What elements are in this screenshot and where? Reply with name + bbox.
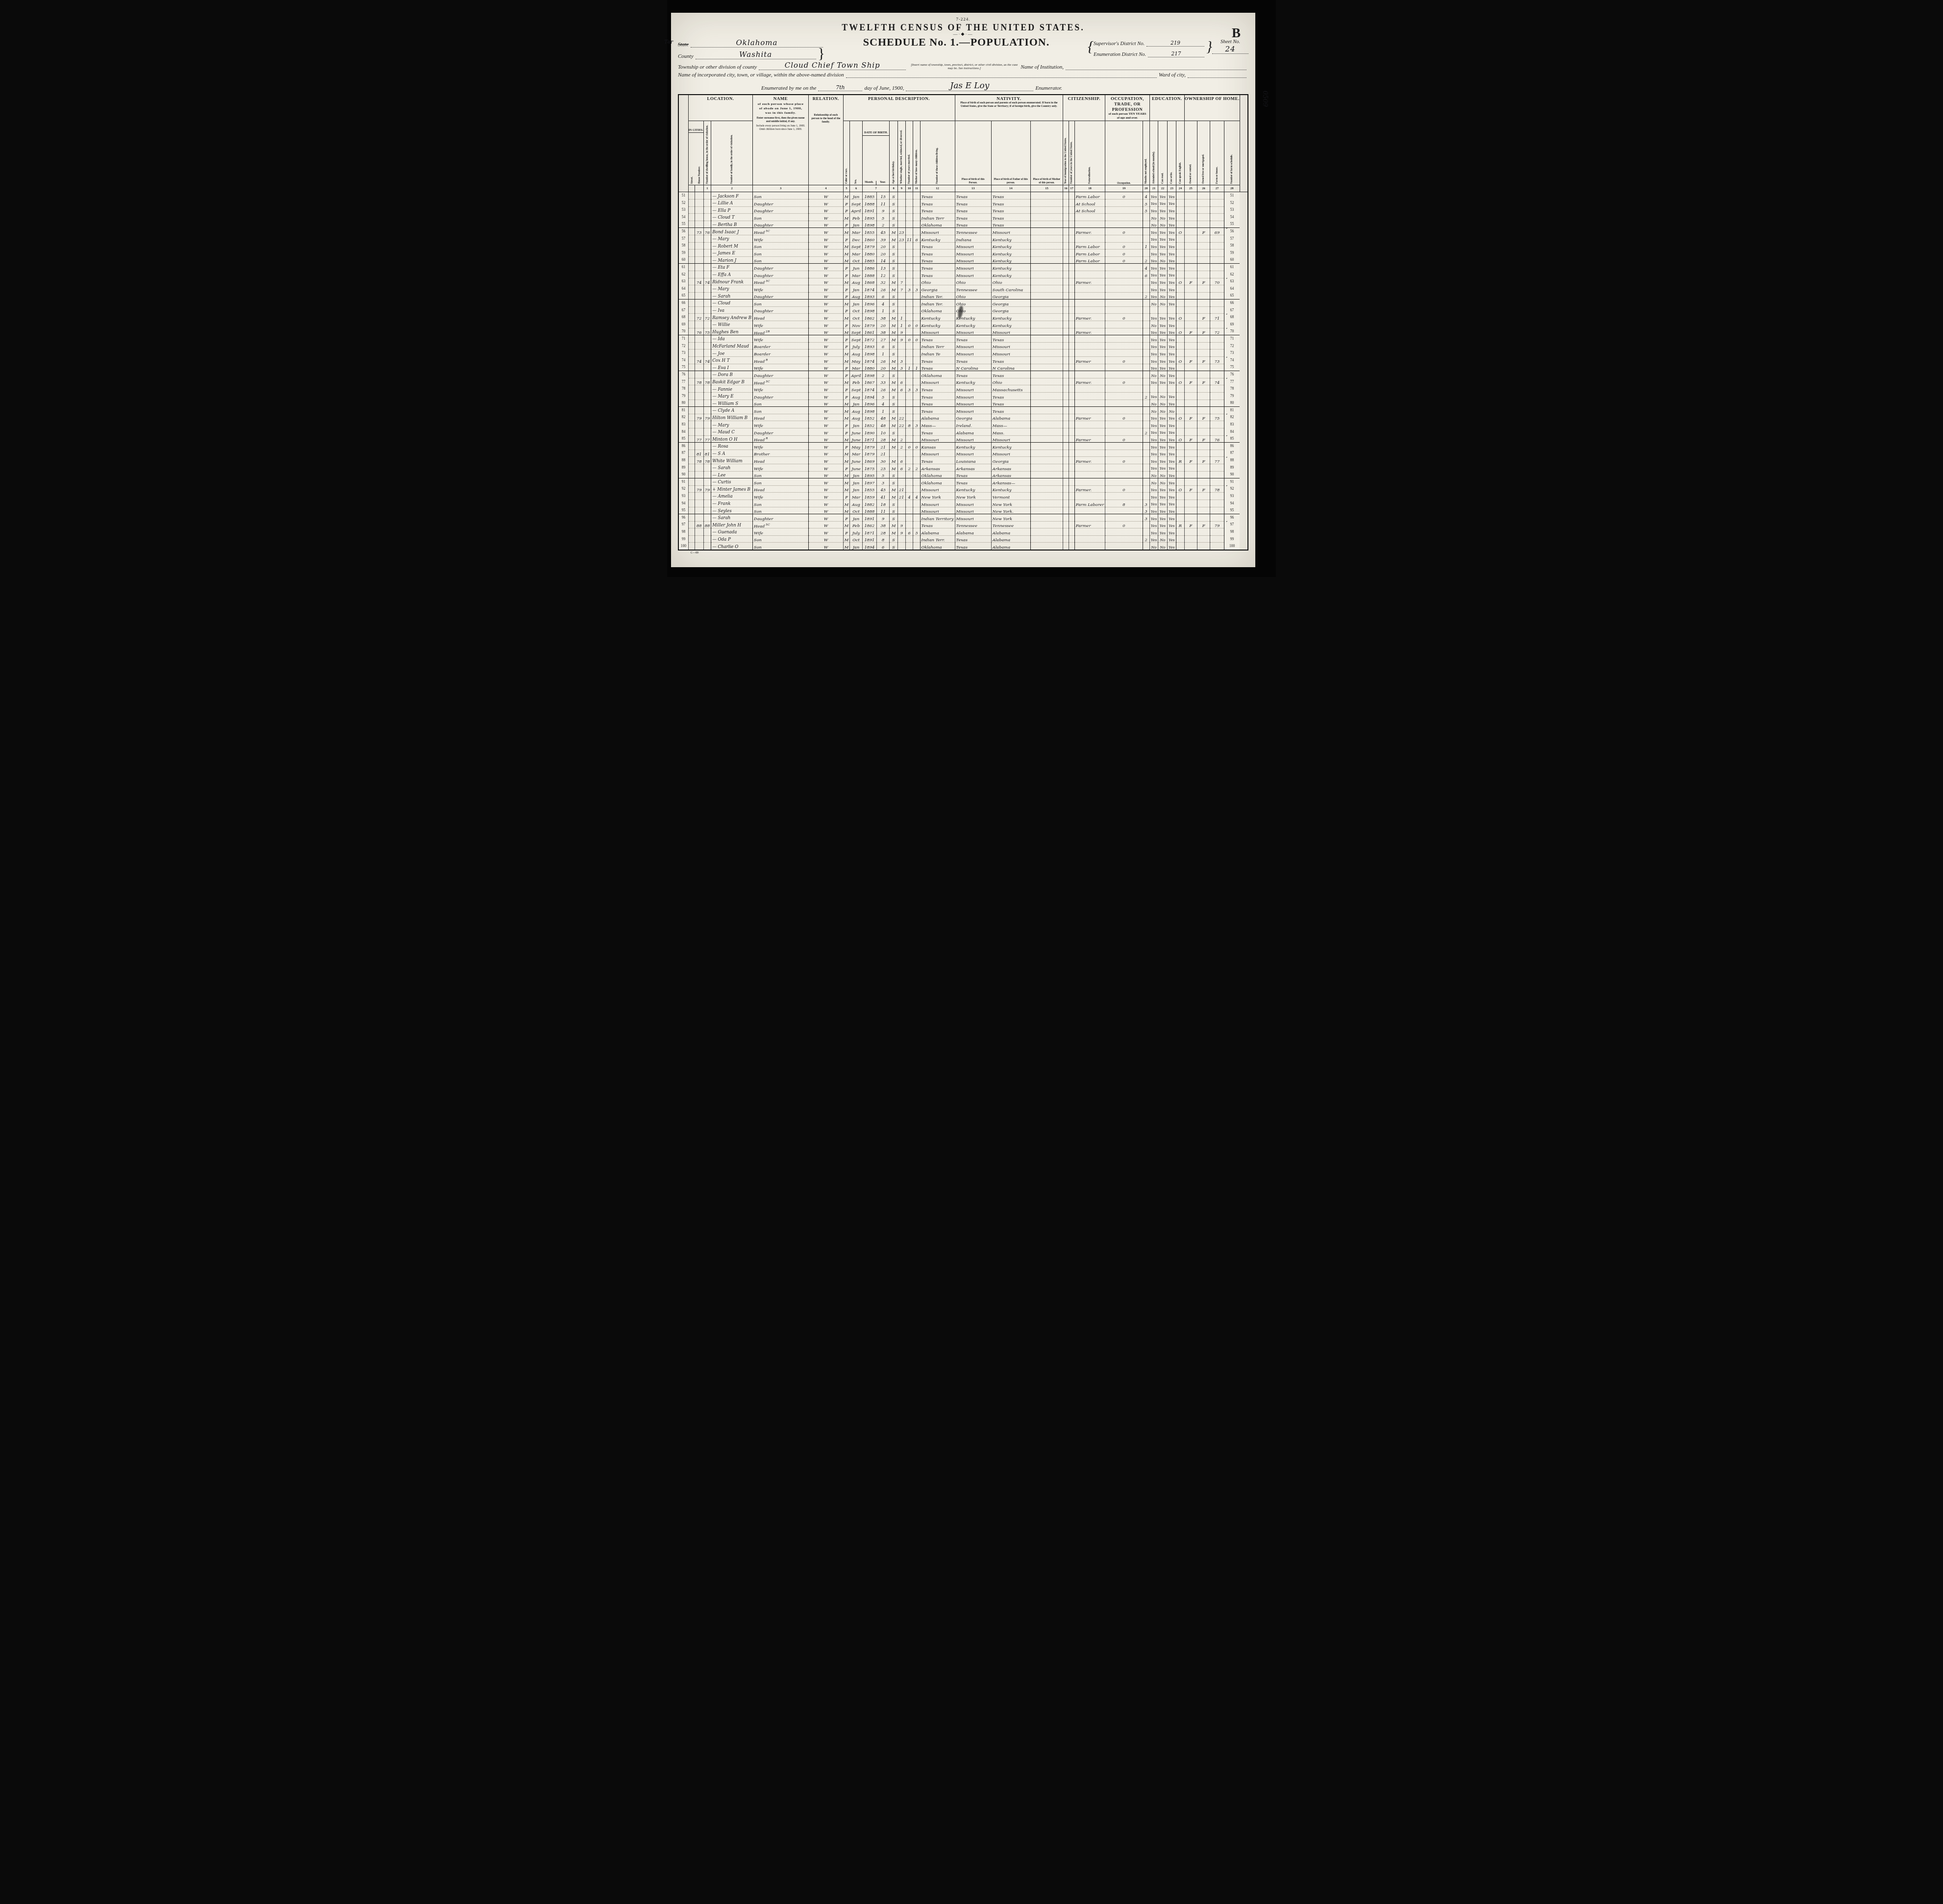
column-number: 15 — [1030, 185, 1063, 192]
cell-age: 38 — [876, 521, 889, 528]
cell-attended-school — [1143, 400, 1149, 407]
line-number-left: 93 — [678, 493, 688, 500]
cell-farm-house — [1197, 342, 1210, 350]
cell-months-not-employed — [1105, 471, 1143, 478]
cell-farm-house — [1197, 478, 1210, 486]
cell-months-not-employed: 8 — [1105, 500, 1143, 507]
cell-owned-rented — [1176, 199, 1185, 206]
cell-dwelling-number: 78 — [695, 457, 703, 464]
cell-months-not-employed — [1105, 400, 1143, 407]
cell-years-married — [897, 256, 905, 264]
cell-free-mortgaged — [1184, 471, 1197, 478]
line-number-left: 76 — [678, 371, 688, 378]
cell-dwelling-number: 79 — [695, 414, 703, 421]
cell-relation: Wife — [753, 443, 809, 450]
cell-can-read: Yes — [1149, 457, 1158, 464]
cell-years-married: 22 — [897, 421, 905, 428]
cell-naturalization — [1069, 221, 1075, 228]
cell-dwelling-number — [695, 400, 703, 407]
cell-occupation — [1074, 464, 1105, 471]
cell-pob-person: Texas — [920, 428, 955, 435]
cell-pob-person: Texas — [920, 400, 955, 407]
cell-family-number — [703, 528, 711, 536]
cell-dwelling-number — [695, 250, 703, 257]
cell-family-number: 88 — [703, 521, 711, 528]
cell-occupation: Farmer. — [1074, 228, 1105, 235]
cell-years-married — [897, 242, 905, 250]
cell-marital-status: S — [890, 407, 897, 414]
cell-occupation — [1074, 407, 1105, 414]
cell-can-read: Yes — [1149, 500, 1158, 507]
cell-pob-person: Georgia — [920, 285, 955, 293]
cell-pob-person: Indian Terr — [920, 214, 955, 221]
family-tally-mark — [1226, 228, 1232, 229]
cell-birth-month: June — [850, 457, 862, 464]
cell-can-write: No — [1158, 471, 1167, 478]
column-numbers-row: 1234567891011121314151617181920212223242… — [678, 185, 1248, 192]
cell-pob-person: New York — [920, 493, 955, 500]
cell-farm-schedule — [1210, 264, 1224, 271]
col-can-write: Can write. — [1167, 121, 1176, 185]
cell-naturalization — [1069, 493, 1075, 500]
cell-years-married: 23 — [897, 235, 905, 242]
cell-family-number: 78 — [703, 457, 711, 464]
cell-years-in-us — [1063, 407, 1069, 414]
cell-pob-mother: Texas — [991, 221, 1030, 228]
cell-years-married — [897, 535, 905, 543]
cell-birth-month: Aug — [850, 414, 862, 421]
cell-color-race: W — [809, 364, 843, 371]
cell-marital-status: S — [890, 199, 897, 206]
cell-relation: Son — [753, 543, 809, 550]
cell-naturalization — [1069, 485, 1075, 493]
cell-attended-school: 5 — [1143, 199, 1149, 206]
line-number-right: 52 — [1224, 199, 1240, 206]
cell-children-living — [913, 228, 920, 235]
cell-children-living: 0 — [913, 321, 920, 328]
cell-farm-house — [1197, 335, 1210, 343]
cell-farm-schedule — [1210, 493, 1224, 500]
cell-speaks-english: Yes — [1167, 507, 1176, 514]
cell-birth-month: Jan — [850, 285, 862, 293]
cell-can-write: No — [1158, 256, 1167, 264]
cell-relation: Daughter — [753, 292, 809, 300]
table-row: 637474Ridnour FrankHead 3CWMAug186832M7O… — [678, 278, 1248, 285]
table-row: 61— Eta FDaughterWFJun188613STexasMissou… — [678, 264, 1248, 271]
col-immigration-year: Year of immigration to the United States… — [1063, 121, 1069, 185]
cell-street — [688, 371, 695, 378]
cell-birth-year: 1871 — [862, 528, 876, 536]
cell-immigration-year — [1030, 385, 1063, 393]
cell-marital-status: M — [890, 435, 897, 443]
cell-birth-year: 1868 — [862, 278, 876, 285]
cell-attended-school — [1143, 414, 1149, 421]
cell-can-write: No — [1158, 393, 1167, 400]
table-row: 878181— S ABrotherWMMar187921MissouriMis… — [678, 450, 1248, 457]
cell-months-not-employed — [1105, 371, 1143, 378]
line-number-right: 76 — [1224, 371, 1240, 378]
cell-farm-schedule — [1210, 443, 1224, 450]
cell-pob-person: Missouri — [920, 378, 955, 385]
cell-birth-month: Jan — [850, 543, 862, 550]
cell-dwelling-number — [695, 214, 703, 221]
line-number-left: 68 — [678, 314, 688, 321]
cell-dwelling-number: 77 — [695, 435, 703, 443]
cell-street — [688, 471, 695, 478]
cell-can-read: No — [1149, 214, 1158, 221]
district-block: { Supervisor's District No. 219 Enumerat… — [1088, 36, 1248, 57]
cell-free-mortgaged: F — [1184, 521, 1197, 528]
cell-free-mortgaged — [1184, 306, 1197, 314]
cell-owned-rented — [1176, 271, 1185, 278]
cell-farm-schedule — [1210, 199, 1224, 206]
cell-color-race: W — [809, 342, 843, 350]
cell-farm-house: F — [1197, 485, 1210, 493]
cell-naturalization — [1069, 321, 1075, 328]
cell-speaks-english: Yes — [1167, 378, 1176, 385]
cell-marital-status: S — [890, 256, 897, 264]
table-row: 86— RosaWifeWFMay187921M200KansasKentuck… — [678, 443, 1248, 450]
line-number-left: 95 — [678, 507, 688, 514]
cell-dwelling-number — [695, 221, 703, 228]
cell-farm-schedule: 74 — [1210, 378, 1224, 385]
cell-pob-father: Texas — [955, 335, 991, 343]
col-sex: Sex. — [850, 121, 862, 185]
cell-can-write: No — [1158, 221, 1167, 228]
cell-speaks-english: Yes — [1167, 393, 1176, 400]
city-label: Name of incorporated city, town, or vill… — [678, 72, 844, 78]
cell-pob-father: Missouri — [955, 328, 991, 335]
cell-years-married — [897, 428, 905, 435]
cell-color-race: W — [809, 357, 843, 364]
ornament-rule: —·◆·— — [678, 33, 1248, 35]
cell-can-read: Yes — [1149, 342, 1158, 350]
cell-street — [688, 264, 695, 271]
cell-years-married: 9 — [897, 328, 905, 335]
cell-sex: F — [843, 371, 850, 378]
cell-birth-year: 1888 — [862, 271, 876, 278]
cell-attended-school — [1143, 228, 1149, 235]
cell-pob-mother: Kentucky — [991, 235, 1030, 242]
cell-name: — Iva — [711, 306, 753, 314]
cell-attended-school — [1143, 214, 1149, 221]
table-row: 52— Lillie ADaughterWFSept188811STexasTe… — [678, 199, 1248, 206]
line-number-left: 70 — [678, 328, 688, 335]
cell-family-number — [703, 371, 711, 378]
cell-months-not-employed — [1105, 478, 1143, 486]
cell-free-mortgaged — [1184, 199, 1197, 206]
cell-farm-schedule — [1210, 285, 1224, 293]
cell-birth-year: 1891 — [862, 514, 876, 522]
cell-dwelling-number — [695, 256, 703, 264]
cell-age: 32 — [876, 278, 889, 285]
cell-can-read: Yes — [1149, 292, 1158, 300]
cell-color-race: W — [809, 485, 843, 493]
cell-farm-house — [1197, 199, 1210, 206]
cell-farm-house — [1197, 371, 1210, 378]
scan-background: 7-224. TWELFTH CENSUS OF THE UNITED STAT… — [667, 0, 1276, 577]
cell-color-race: W — [809, 256, 843, 264]
cell-years-married: 6 — [897, 457, 905, 464]
cell-can-read: Yes — [1149, 278, 1158, 285]
cell-street — [688, 300, 695, 307]
cell-can-read: No — [1149, 543, 1158, 550]
cell-pob-person: Texas — [920, 364, 955, 371]
cell-name: — Rosa — [711, 443, 753, 450]
cell-occupation — [1074, 421, 1105, 428]
cell-attended-school: 4 — [1143, 192, 1149, 200]
cell-years-married — [897, 471, 905, 478]
cell-months-not-employed — [1105, 235, 1143, 242]
column-number — [688, 185, 695, 192]
cell-can-read: No — [1149, 371, 1158, 378]
cell-farm-schedule — [1210, 528, 1224, 536]
cell-children-living — [913, 214, 920, 221]
cell-birth-year: 1896 — [862, 400, 876, 407]
cell-can-read — [1149, 385, 1158, 393]
column-number: 7 — [862, 185, 890, 192]
cell-mother-of: 3 — [905, 285, 913, 293]
cell-relation: Head B — [753, 357, 809, 364]
line-number-left: 78 — [678, 385, 688, 393]
cell-name: Minton O H — [711, 435, 753, 443]
cell-months-not-employed — [1105, 221, 1143, 228]
cell-name: — Dora B — [711, 371, 753, 378]
cell-speaks-english: Yes — [1167, 292, 1176, 300]
cell-years-married — [897, 300, 905, 307]
cell-relation: Son — [753, 400, 809, 407]
group-education: EDUCATION. — [1149, 95, 1184, 121]
cell-marital-status: M — [890, 421, 897, 428]
cell-owned-rented: O — [1176, 357, 1185, 364]
cell-naturalization — [1069, 228, 1075, 235]
cell-pob-mother: Georgia — [991, 292, 1030, 300]
cell-color-race: W — [809, 199, 843, 206]
cell-birth-month: Sept — [850, 328, 862, 335]
cell-mother-of: 0 — [905, 335, 913, 343]
cell-attended-school — [1143, 457, 1149, 464]
enumerated-mid: day of June, 1900, — [864, 85, 904, 91]
family-tally-mark — [1226, 485, 1232, 486]
cell-immigration-year — [1030, 393, 1063, 400]
cell-immigration-year — [1030, 478, 1063, 486]
cell-naturalization — [1069, 242, 1075, 250]
cell-years-in-us — [1063, 521, 1069, 528]
cell-can-read: Yes — [1149, 428, 1158, 435]
cell-pob-father: Missouri — [955, 350, 991, 357]
cell-children-living — [913, 507, 920, 514]
cell-family-number — [703, 206, 711, 214]
cell-pob-mother: Kentucky — [991, 250, 1030, 257]
cell-age: 20 — [876, 364, 889, 371]
cell-occupation: Farm Laborer — [1074, 500, 1105, 507]
cell-pob-mother: Kentucky — [991, 314, 1030, 321]
cell-speaks-english: Yes — [1167, 543, 1176, 550]
cell-years-married — [897, 500, 905, 507]
cell-birth-year: 1874 — [862, 357, 876, 364]
cell-free-mortgaged — [1184, 242, 1197, 250]
cell-months-not-employed — [1105, 271, 1143, 278]
line-number-right: 55 — [1224, 221, 1240, 228]
cell-birth-year: 1893 — [862, 342, 876, 350]
cell-name: — Sarah — [711, 514, 753, 522]
cell-speaks-english: Yes — [1167, 250, 1176, 257]
cell-mother-of — [905, 407, 913, 414]
cell-sex: M — [843, 378, 850, 385]
line-number-right: 99 — [1224, 535, 1240, 543]
cell-street — [688, 214, 695, 221]
cell-immigration-year — [1030, 428, 1063, 435]
cell-marital-status: S — [890, 428, 897, 435]
family-tally-mark — [1226, 457, 1232, 458]
cell-can-read: Yes — [1149, 378, 1158, 385]
cell-speaks-english: No — [1167, 407, 1176, 414]
cell-mother-of — [905, 214, 913, 221]
cell-free-mortgaged — [1184, 393, 1197, 400]
cell-farm-schedule — [1210, 428, 1224, 435]
cell-children-living: 1 — [913, 364, 920, 371]
cell-street — [688, 256, 695, 264]
cell-relation: Head 2B — [753, 328, 809, 335]
cell-marital-status: S — [890, 543, 897, 550]
cell-dwelling-number: 72 — [695, 314, 703, 321]
cell-farm-house — [1197, 493, 1210, 500]
cell-pob-person: Missouri — [920, 435, 955, 443]
cell-farm-house: F — [1197, 228, 1210, 235]
cell-speaks-english: Yes — [1167, 414, 1176, 421]
cell-farm-house — [1197, 514, 1210, 522]
cell-farm-schedule — [1210, 400, 1224, 407]
cell-immigration-year — [1030, 435, 1063, 443]
cell-attended-school — [1143, 335, 1149, 343]
cell-farm-schedule — [1210, 500, 1224, 507]
cell-farm-schedule — [1210, 350, 1224, 357]
line-number-right: 80 — [1224, 400, 1240, 407]
cell-owned-rented — [1176, 306, 1185, 314]
cell-age: 45 — [876, 228, 889, 235]
cell-mother-of — [905, 500, 913, 507]
cell-immigration-year — [1030, 335, 1063, 343]
cell-can-read: Yes — [1149, 364, 1158, 371]
cell-pob-person: Texas — [920, 271, 955, 278]
brace-right: } — [818, 48, 825, 59]
cell-name: + Minter James B — [711, 485, 753, 493]
cell-can-read: Yes — [1149, 350, 1158, 357]
cell-occupation — [1074, 543, 1105, 550]
cell-marital-status: M — [890, 521, 897, 528]
line-number-left: 75 — [678, 364, 688, 371]
cell-dwelling-number — [695, 264, 703, 271]
cell-birth-year: 1898 — [862, 350, 876, 357]
cell-relation: Wife — [753, 421, 809, 428]
cell-dwelling-number — [695, 464, 703, 471]
cell-name: — Cloud — [711, 300, 753, 307]
cell-name: — Fannie — [711, 385, 753, 393]
ward-value-line — [1188, 72, 1246, 78]
cell-speaks-english: Yes — [1167, 371, 1176, 378]
cell-birth-month: Oct — [850, 535, 862, 543]
cell-birth-year: 1879 — [862, 450, 876, 457]
cell-owned-rented — [1176, 235, 1185, 242]
cell-pob-person: Missouri — [920, 228, 955, 235]
cell-farm-schedule: 78 — [1210, 485, 1224, 493]
table-row: 98— GuenadaWifeWFJuly187128M965AlabamaAl… — [678, 528, 1248, 536]
cell-age: 26 — [876, 285, 889, 293]
table-row: 69— WillieWifeWFNov187920M100KentuckyKen… — [678, 321, 1248, 328]
cell-years-in-us — [1063, 321, 1069, 328]
line-number-right: 86 — [1224, 443, 1240, 450]
line-number-left: 97 — [678, 521, 688, 528]
cell-sex: M — [843, 314, 850, 321]
cell-can-write: Yes — [1158, 335, 1167, 343]
cell-pob-person: Oklahoma — [920, 306, 955, 314]
cell-street — [688, 250, 695, 257]
cell-marital-status: M — [890, 328, 897, 335]
column-number: 6 — [850, 185, 862, 192]
cell-pob-father: Missouri — [955, 271, 991, 278]
group-personal: PERSONAL DESCRIPTION. — [843, 95, 955, 121]
cell-sex: F — [843, 528, 850, 536]
table-row: 59— James ESonWMMar188020STexasMissouriK… — [678, 250, 1248, 257]
table-row: 747474Cox H THead BWMMay187426M3TexasTex… — [678, 357, 1248, 364]
cell-years-married — [897, 371, 905, 378]
supervisor-value: 219 — [1146, 40, 1204, 47]
cell-attended-school — [1143, 378, 1149, 385]
cell-years-in-us — [1063, 535, 1069, 543]
cell-relation: Daughter — [753, 393, 809, 400]
cell-attended-school: 3 — [1143, 507, 1149, 514]
cell-pob-mother: Arkansas— — [991, 478, 1030, 486]
cell-birth-month: Sept — [850, 385, 862, 393]
cell-naturalization — [1069, 328, 1075, 335]
cell-years-married: 2 — [897, 435, 905, 443]
cell-occupation — [1074, 535, 1105, 543]
cell-can-write: Yes — [1158, 271, 1167, 278]
cell-naturalization — [1069, 256, 1075, 264]
column-number: 16 — [1063, 185, 1069, 192]
cell-can-write: No — [1158, 407, 1167, 414]
cell-age: 4 — [876, 300, 889, 307]
cell-relation: Head — [753, 414, 809, 421]
cell-free-mortgaged — [1184, 478, 1197, 486]
cell-pob-father: Tennessee — [955, 521, 991, 528]
cell-color-race: W — [809, 543, 843, 550]
cell-speaks-english: Yes — [1167, 464, 1176, 471]
cell-immigration-year — [1030, 364, 1063, 371]
cell-farm-house — [1197, 471, 1210, 478]
cell-months-not-employed — [1105, 493, 1143, 500]
cell-years-married — [897, 393, 905, 400]
group-occupation: OCCUPATION, TRADE, OR PROFESSION of each… — [1105, 95, 1149, 121]
cell-farm-schedule — [1210, 471, 1224, 478]
cell-speaks-english: Yes — [1167, 256, 1176, 264]
cell-years-married: 9 — [897, 528, 905, 536]
cell-occupation — [1074, 321, 1105, 328]
cell-months-not-employed: 0 — [1105, 314, 1143, 321]
cell-age: 26 — [876, 385, 889, 393]
cell-occupation — [1074, 292, 1105, 300]
cell-pob-father: Missouri — [955, 400, 991, 407]
column-number: 18 — [1074, 185, 1105, 192]
cell-farm-schedule — [1210, 271, 1224, 278]
cell-mother-of — [905, 306, 913, 314]
line-number-right: 89 — [1224, 464, 1240, 471]
cell-sex: M — [843, 414, 850, 421]
state-county-block: Ter State Oklahoma County Washita } — [678, 36, 825, 59]
cell-speaks-english: Yes — [1167, 357, 1176, 364]
cell-occupation — [1074, 478, 1105, 486]
cell-farm-house — [1197, 393, 1210, 400]
